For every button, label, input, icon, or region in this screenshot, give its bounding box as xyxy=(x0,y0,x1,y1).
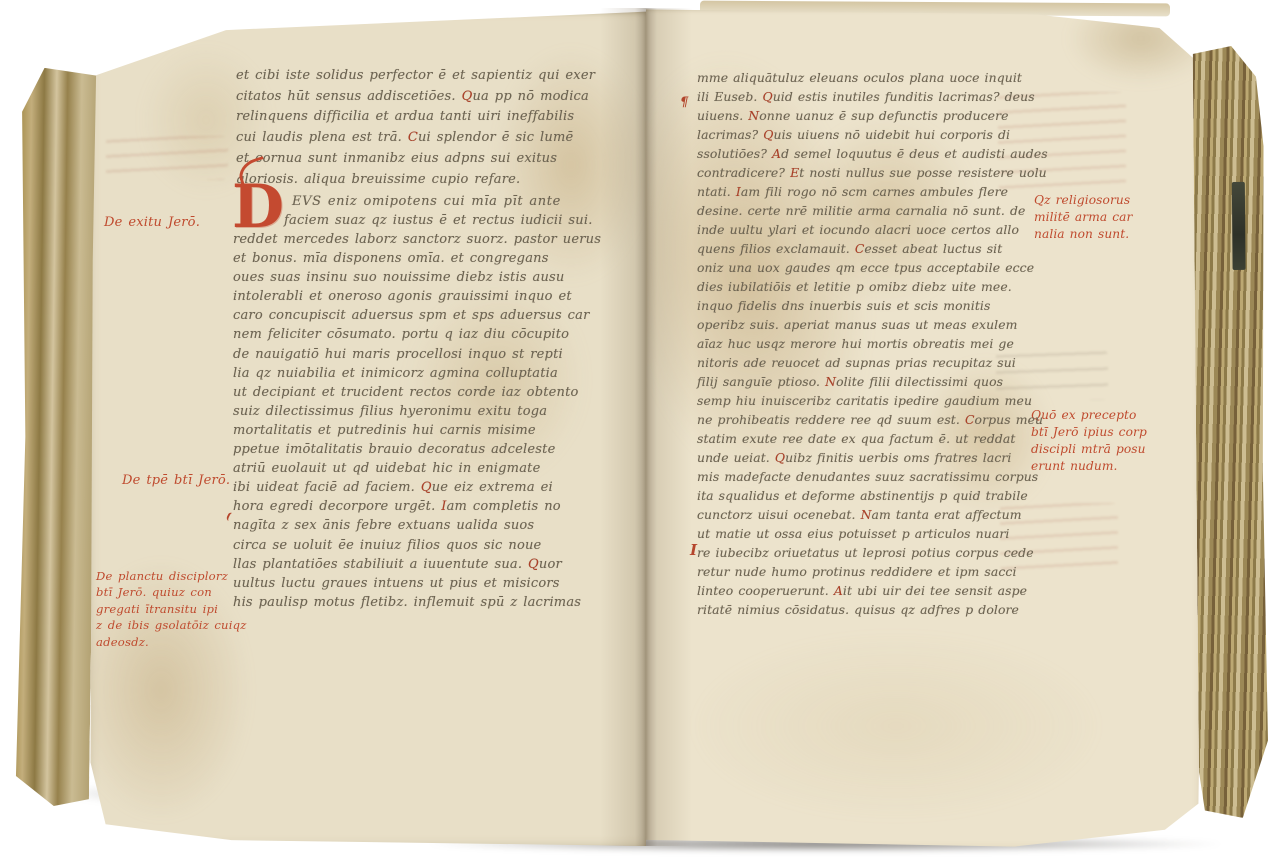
manuscript-line: btī Jerō ipius corp xyxy=(1031,424,1147,441)
manuscript-line: contradicere? Et nosti nullus sue posse … xyxy=(697,163,1048,182)
manuscript-line: militē arma car xyxy=(1034,209,1132,226)
manuscript-line: ne prohibeatis reddere ree qd suum est. … xyxy=(697,410,1048,429)
rubricated-letter: N xyxy=(861,507,872,522)
manuscript-line: ppetue imōtalitatis brauio decoratus adc… xyxy=(233,440,601,459)
manuscript-line: adeosdz. xyxy=(96,634,247,650)
left-page: De exitu Jerō. De tpē btī Jerō. De planc… xyxy=(86,10,646,846)
manuscript-line: mortalitatis et putredinis hui carnis mi… xyxy=(233,421,601,440)
ink-showthrough xyxy=(106,136,228,180)
manuscript-line: cui laudis plena est trā. Cui splendor ē… xyxy=(236,128,595,149)
manuscript-line: z de ibis gsolatōiz cuiqz xyxy=(96,617,247,633)
manuscript-line: faciem suaz qz iustus ē et rectus iudici… xyxy=(284,211,593,230)
rubricated-letter: C xyxy=(965,412,975,427)
manuscript-line: semp hiu inuisceribz caritatis ipedire g… xyxy=(697,391,1048,410)
left-page-body-text: reddet mercedes laborz sanctorz suorz. p… xyxy=(233,230,601,612)
manuscript-line: ut decipiant et trucident rectos corde i… xyxy=(233,383,601,402)
manuscript-line: intolerabli et oneroso agonis grauissimi… xyxy=(233,287,601,306)
manuscript-line: et bonus. mīa disponens omīa. et congreg… xyxy=(233,249,601,268)
manuscript-line: nem feliciter cōsumato. portu q iaz diu … xyxy=(233,325,601,344)
manuscript-line: de nauigatiō hui maris procellosi inquo … xyxy=(233,345,601,364)
rubricated-letter: Q xyxy=(763,127,773,142)
manuscript-line: discipli mtrā posu xyxy=(1031,441,1147,458)
manuscript-line: reddet mercedes laborz sanctorz suorz. p… xyxy=(233,230,601,249)
water-stain xyxy=(696,636,1096,816)
manuscript-line: De planctu disciplorz xyxy=(96,568,247,584)
manuscript-line: his paulisp motus fletibz. inflemuit spū… xyxy=(233,593,601,612)
fore-edge-bookmark-tab xyxy=(1232,182,1246,270)
manuscript-line: ut matie ut ossa eius potuisset p articu… xyxy=(697,524,1048,543)
manuscript-line: btī Jerō. quiuz con xyxy=(96,584,247,600)
margin-rubric-de-planctu: De planctu disciplorzbtī Jerō. quiuz con… xyxy=(96,568,247,650)
rubricated-letter: Q xyxy=(762,89,772,104)
rubricated-letter: Q xyxy=(528,557,539,572)
margin-rubric-de-tempore: De tpē btī Jerō. xyxy=(122,472,230,489)
rubricated-letter: A xyxy=(834,583,843,598)
manuscript-line: uultus luctu graues intuens ut pius et m… xyxy=(233,574,601,593)
manuscript-line: oues suas insinu suo nouissime diebz ist… xyxy=(233,268,601,287)
manuscript-line: hora egredi decorpore urgēt. Iam complet… xyxy=(233,497,601,516)
manuscript-line: nitoris ade reuocet ad supnas prias recu… xyxy=(697,353,1048,372)
manuscript-line: gregati ītransitu ipi xyxy=(96,601,247,617)
manuscript-line: retur nude humo protinus reddidere et ip… xyxy=(697,562,1048,581)
manuscript-line: mis madefacte denudantes suuz sacratissi… xyxy=(697,467,1048,486)
rubricated-letter: C xyxy=(408,130,418,145)
manuscript-line: quens filios exclamauit. Cesset abeat lu… xyxy=(697,239,1048,258)
left-page-paragraph-start: EVS eniz omipotens cui mīa pīt antefacie… xyxy=(86,192,593,230)
rubricated-letter: E xyxy=(790,165,799,180)
manuscript-line: inquo fidelis dns inuerbis suis et scis … xyxy=(697,296,1048,315)
manuscript-line: ili Euseb. Quid estis inutiles funditis … xyxy=(697,87,1048,106)
right-page-body-text: mme aliquātuluz eleuans oculos plana uoc… xyxy=(697,68,1048,619)
manuscript-line: ita squalidus et deforme abstinentijs p … xyxy=(697,486,1048,505)
manuscript-line: llas plantatiōes stabiliuit a iuuentute … xyxy=(233,555,601,574)
margin-rubric-arma-carnalia: Qz religiosorusmilitē arma carnalia non … xyxy=(1034,192,1132,243)
rubricated-letter: N xyxy=(748,108,759,123)
manuscript-line: suiz dilectissimus filius hyeronimu exit… xyxy=(233,402,601,421)
manuscript-line: et cornua sunt inmanibz eius adpns sui e… xyxy=(236,149,595,170)
manuscript-line: operibz suis. aperiat manus suas ut meas… xyxy=(697,315,1048,334)
manuscript-line: linteo cooperuerunt. Ait ubi uir dei tee… xyxy=(697,581,1048,600)
rubricated-letter: C xyxy=(855,241,865,256)
manuscript-line: statim exute ree date ex qua factum ē. u… xyxy=(697,429,1048,448)
manuscript-line: dies iubilatiōis et letitie p omibz dieb… xyxy=(697,277,1048,296)
manuscript-line: nalia non sunt. xyxy=(1034,226,1132,243)
manuscript-line: atriū euolauit ut qd uidebat hic in enig… xyxy=(233,459,601,478)
manuscript-line: mme aliquātuluz eleuans oculos plana uoc… xyxy=(697,68,1048,87)
manuscript-line: re iubecibz oriuetatus ut leprosi potius… xyxy=(697,543,1048,562)
manuscript-line: citatos hūt sensus addiscetiōes. Qua pp … xyxy=(236,87,595,108)
manuscript-photo: De exitu Jerō. De tpē btī Jerō. De planc… xyxy=(0,0,1280,860)
rubricated-letter: Q xyxy=(775,450,785,465)
margin-rubric-ex-precepto: Quō ex preceptobtī Jerō ipius corpdiscip… xyxy=(1031,407,1147,475)
red-paragraph-mark: ¶ xyxy=(680,96,688,110)
fore-edge-left-page-stack xyxy=(11,67,99,806)
manuscript-line: lacrimas? Quis uiuens nō uidebit hui cor… xyxy=(697,125,1048,144)
manuscript-line: ssolutiōes? Ad semel loquutus ē deus et … xyxy=(697,144,1048,163)
left-page-intro-text: et cibi iste solidus perfector ē et sapi… xyxy=(236,66,595,190)
manuscript-line: desine. certe nrē militie arma carnalia … xyxy=(697,201,1048,220)
manuscript-line: filij sanguīe ptioso. Nolite filii dilec… xyxy=(697,372,1048,391)
manuscript-line: relinquens difficilia et ardua tanti uir… xyxy=(236,107,595,128)
rubricated-letter: Q xyxy=(421,480,432,495)
manuscript-line: erunt nudum. xyxy=(1031,458,1147,475)
manuscript-line: et cibi iste solidus perfector ē et sapi… xyxy=(236,66,595,87)
manuscript-line: oniz una uox gaudes qm ecce tpus accepta… xyxy=(697,258,1048,277)
manuscript-line: lia qz nuiabilia et inimicorz agmina col… xyxy=(233,364,601,383)
rubricated-letter: A xyxy=(772,146,781,161)
manuscript-line: ntati. Iam fili rogo nō scm carnes ambul… xyxy=(697,182,1048,201)
manuscript-line: uiuens. Nonne uanuz ē sup defunctis prod… xyxy=(697,106,1048,125)
manuscript-line: EVS eniz omipotens cui mīa pīt ante xyxy=(292,192,593,211)
right-page: ¶ I Qz religiosorusmilitē arma carnalia … xyxy=(646,6,1204,850)
red-paragraph-mark: I xyxy=(690,543,697,557)
manuscript-line: Quō ex precepto xyxy=(1031,407,1147,424)
manuscript-line: nagīta z sex ānis febre extuans ualida s… xyxy=(233,516,601,535)
fore-edge-right-page-stack xyxy=(1193,46,1270,819)
rubricated-letter: N xyxy=(825,374,836,389)
rubricated-letter: Q xyxy=(462,89,473,104)
manuscript-line: ibi uideat faciē ad faciem. Que eiz extr… xyxy=(233,478,601,497)
manuscript-line: aīaz huc usqz merore hui mortis obreatis… xyxy=(697,334,1048,353)
manuscript-line: unde ueiat. Quibz finitis uerbis oms fra… xyxy=(697,448,1048,467)
manuscript-line: circa se uoluit ēe inuiuz filios quos si… xyxy=(233,536,601,555)
manuscript-line: Qz religiosorus xyxy=(1034,192,1132,209)
manuscript-line: ritatē nimius cōsidatus. quisus qz adfre… xyxy=(697,600,1048,619)
manuscript-line: inde uultu ylari et iocundo alacri uoce … xyxy=(697,220,1048,239)
manuscript-line: De tpē btī Jerō. xyxy=(122,472,230,489)
manuscript-line: cunctorz uisui ocenebat. Nam tanta erat … xyxy=(697,505,1048,524)
manuscript-line: caro concupiscit aduersus spm et sps adu… xyxy=(233,306,601,325)
